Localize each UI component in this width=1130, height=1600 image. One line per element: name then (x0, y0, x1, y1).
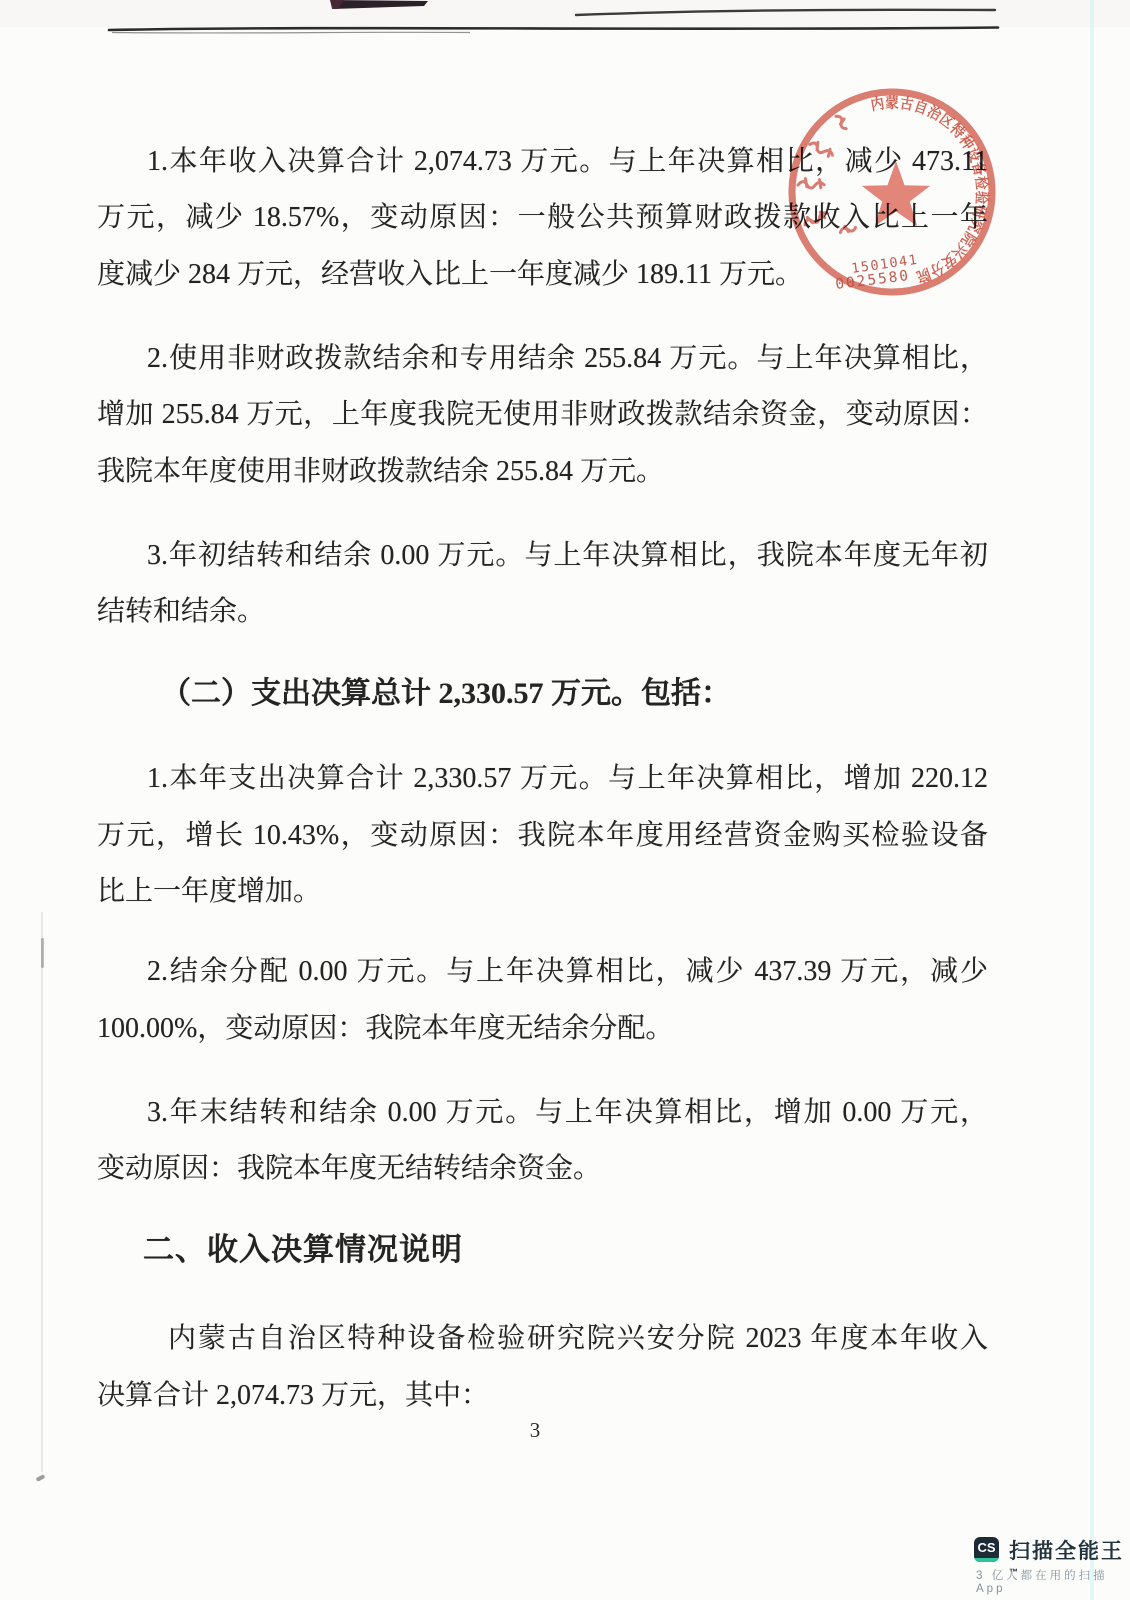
section-heading-expenditure: （二）支出决算总计 2,330.57 万元。包括： (97, 672, 988, 716)
fold-line-left (41, 912, 43, 1472)
paragraph-line: 1.本年支出决算合计 2,330.57 万元。与上年决算相比，增加 220.12 (97, 757, 988, 801)
scan-artifact-lines (0, 0, 1130, 46)
scan-blob (330, 0, 428, 9)
scan-line-long (109, 28, 998, 31)
smudge-bottom-left (36, 1474, 46, 1482)
paragraph-line: 我院本年度使用非财政拨款结余 255.84 万元。 (97, 450, 988, 494)
scanner-streak-vertical (1090, 0, 1094, 1600)
paragraph-line: 100.00%，变动原因：我院本年度无结余分配。 (97, 1007, 988, 1051)
paragraph-line: 比上一年度增加。 (97, 870, 988, 914)
paragraph-line: 3.年初结转和结余 0.00 万元。与上年决算相比，我院本年度无年初 (97, 534, 988, 578)
fold-line-left-dark (41, 938, 44, 968)
page-number: 3 (0, 1418, 1070, 1443)
camscanner-app-name-text: 扫描全能王 (1009, 1540, 1124, 1563)
paragraph-line: 2.使用非财政拨款结余和专用结余 255.84 万元。与上年决算相比， (97, 337, 988, 381)
paragraph-line: 增加 255.84 万元，上年度我院无使用非财政拨款结余资金，变动原因： (97, 393, 988, 437)
scanned-document-page: 1.本年收入决算合计 2,074.73 万元。与上年决算相比，减少 473.11… (0, 0, 1130, 1600)
camscanner-logo-text: CS (974, 1537, 999, 1558)
paragraph-line: 内蒙古自治区特种设备检验研究院兴安分院 2023 年度本年收入 (97, 1317, 988, 1361)
paragraph-line: 3.年末结转和结余 0.00 万元。与上年决算相比，增加 0.00 万元， (97, 1091, 988, 1135)
paragraph-line: 结转和结余。 (97, 590, 988, 634)
paragraph-line: 2.结余分配 0.00 万元。与上年决算相比，减少 437.39 万元，减少 (97, 950, 988, 994)
scan-line-short (576, 10, 995, 15)
paragraph-line: 万元，增长 10.43%，变动原因：我院本年度用经营资金购买检验设备 (97, 814, 988, 858)
section-heading-income: 二、收入决算情况说明 (97, 1228, 988, 1272)
scan-line-fuzz (112, 32, 470, 33)
paragraph-line: 变动原因：我院本年度无结转结余资金。 (97, 1147, 988, 1191)
seal-mongolian-script (798, 113, 856, 234)
official-red-seal: 内蒙古自治区特种设备检验研究院兴安分院 1501041 0025580 (776, 80, 1008, 312)
seal-star-icon (862, 161, 930, 226)
camscanner-logo-icon: CS (974, 1537, 999, 1562)
camscanner-tagline: 3 亿人都在用的扫描 App (976, 1567, 1130, 1595)
paragraph-line: 决算合计 2,074.73 万元，其中： (97, 1374, 988, 1418)
camscanner-logo-strip (974, 1558, 999, 1562)
